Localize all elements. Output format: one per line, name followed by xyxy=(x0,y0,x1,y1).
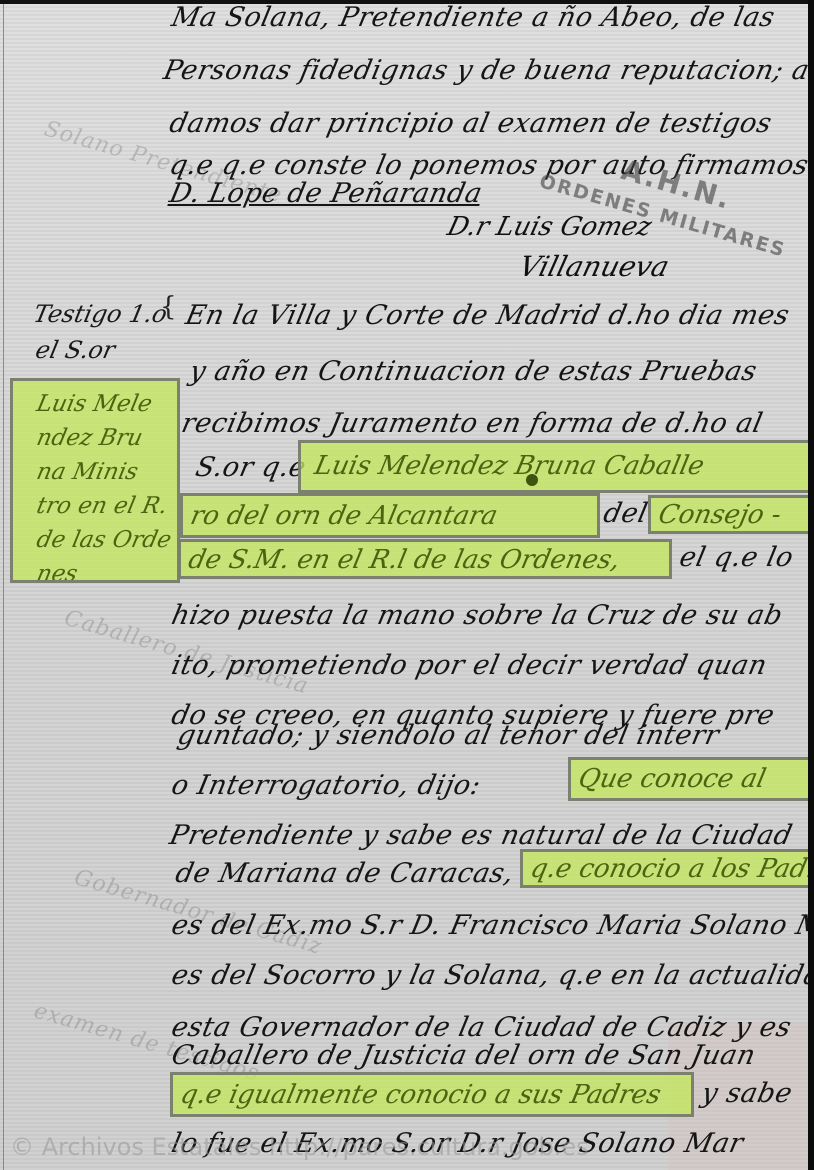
ink-blot xyxy=(526,474,538,486)
highlight-margin-name[interactable]: Luis Mele ndez Bru na Minis tro en el R.… xyxy=(10,378,180,583)
highlight-margin-line: tro en el R. xyxy=(33,489,180,523)
manuscript-line: es del Socorro y la Solana, q.e en la ac… xyxy=(169,960,814,991)
manuscript-line: En la Villa y Corte de Madrid d.ho dia m… xyxy=(183,300,793,331)
margin-label-senor: el S.or xyxy=(33,336,118,364)
manuscript-line: hizo puesta la mano sobre la Cruz de su … xyxy=(169,600,786,631)
manuscript-line: el q.e lo xyxy=(677,542,797,573)
manuscript-line: q.e q.e conste lo ponemos por auto firma… xyxy=(167,150,814,181)
highlight-text: q.e igualmente conocio a sus Padres xyxy=(178,1080,664,1110)
signature-villanueva: Villanueva xyxy=(516,250,673,283)
highlight-margin-line: na Minis xyxy=(33,455,180,489)
scan-right-edge xyxy=(808,0,814,1170)
highlight-witness-name[interactable]: Luis Melendez Bruna Caballe xyxy=(298,440,812,493)
highlight-igualmente-conocio[interactable]: q.e igualmente conocio a sus Padres xyxy=(170,1072,694,1117)
highlight-text: Que conoce al xyxy=(576,764,769,794)
highlight-conocio-padres[interactable]: q.e conocio a los Padr xyxy=(520,849,812,888)
manuscript-line: ito, prometiendo por el decir verdad qua… xyxy=(169,650,770,681)
highlight-margin-line: nes xyxy=(33,557,180,583)
highlight-margin-line: de las Orde xyxy=(33,523,180,557)
highlight-consejo[interactable]: Consejo - xyxy=(648,495,812,534)
manuscript-line: y año en Continuacion de estas Pruebas xyxy=(187,356,760,387)
margin-label-testigo: Testigo 1.o xyxy=(31,300,170,328)
highlight-que-conoce[interactable]: Que conoce al xyxy=(568,757,812,801)
manuscript-line: o Interrogatorio, dijo: xyxy=(169,770,484,801)
highlight-text: Luis Melendez Bruna Caballe xyxy=(312,451,707,481)
signature-luis-gomez: D.r Luis Gomez xyxy=(444,212,654,242)
manuscript-line: Caballero de Justicia del orn de San Jua… xyxy=(169,1040,759,1071)
manuscript-line: Personas fidedignas y de buena reputacio… xyxy=(161,55,814,86)
copyright-watermark: © Archivos Estatales http://pares.cultur… xyxy=(10,1133,589,1161)
manuscript-line: Pretendiente y sabe es natural de la Ciu… xyxy=(167,820,796,851)
highlight-margin-line: ndez Bru xyxy=(33,421,180,455)
manuscript-line: Ma Solana, Pretendiente a ño Abeo, de la… xyxy=(169,2,778,33)
manuscript-page: Solano Pretendiente Caballero de Justici… xyxy=(0,0,808,1170)
highlight-text: Consejo - xyxy=(656,500,784,530)
signature-lope-penaranda: D. Lope de Peñaranda xyxy=(167,178,486,209)
highlight-text: ro del orn de Alcantara xyxy=(188,501,501,531)
highlight-margin-line: Luis Mele xyxy=(33,387,180,421)
manuscript-line: es del Ex.mo S.r D. Francisco Maria Sola… xyxy=(169,910,814,941)
manuscript-line: recibimos Juramento en forma de d.ho al xyxy=(179,408,766,439)
manuscript-line: y sabe xyxy=(699,1078,796,1109)
manuscript-line: guntado; y siendolo al tenor del interr xyxy=(175,720,722,751)
manuscript-line: S.or q.e xyxy=(193,452,309,483)
highlight-text: q.e conocio a los Padr xyxy=(528,854,812,884)
scan-top-edge xyxy=(0,0,814,4)
manuscript-line: esta Governador de la Ciudad de Cadiz y … xyxy=(169,1012,795,1043)
manuscript-line: de Mariana de Caracas, xyxy=(173,858,517,889)
highlight-order-alcantara[interactable]: ro del orn de Alcantara xyxy=(180,493,600,538)
highlight-text: de S.M. en el R.l de las Ordenes, xyxy=(186,545,623,575)
page-left-rule xyxy=(3,0,4,1170)
brace-icon: { xyxy=(160,292,177,322)
manuscript-line: del xyxy=(601,498,651,529)
highlight-ordenes[interactable]: de S.M. en el R.l de las Ordenes, xyxy=(178,539,672,579)
manuscript-line: damos dar principio al examen de testigo… xyxy=(167,108,775,139)
